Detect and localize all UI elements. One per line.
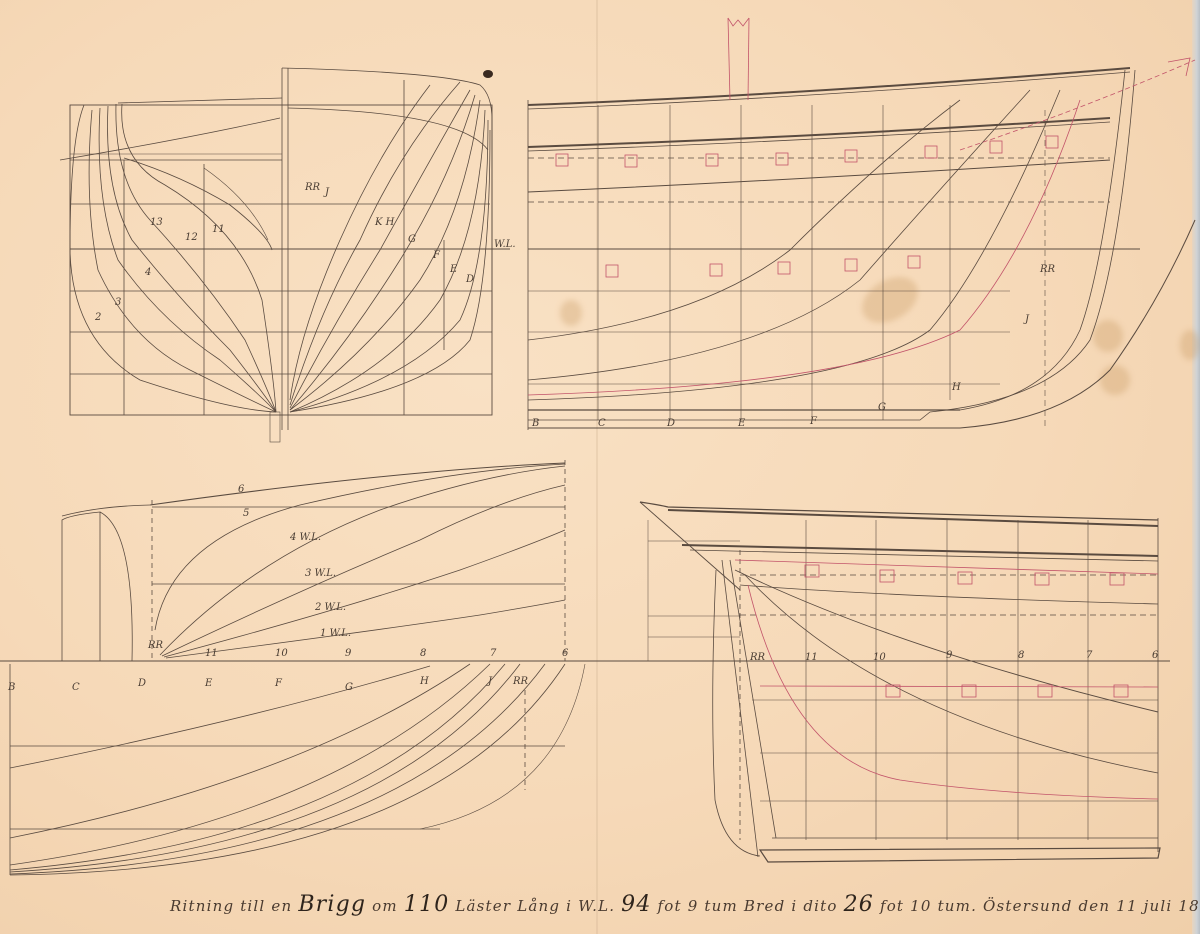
station-label: 6 xyxy=(562,648,569,659)
body-section-label: F xyxy=(432,250,441,261)
waterline-label: 2 W.L. xyxy=(314,602,346,613)
waterline-label: 5 xyxy=(243,508,249,519)
station-label: 11 xyxy=(805,652,818,663)
station-label: E xyxy=(737,418,746,429)
station-label: B xyxy=(7,682,15,693)
caption-tonnage: 110 xyxy=(404,892,450,917)
body-section-label: 3 xyxy=(115,297,121,308)
station-label: B xyxy=(531,418,539,429)
station-label: 7 xyxy=(1086,650,1093,661)
body-section-label: E xyxy=(449,264,458,275)
caption-length: 94 xyxy=(621,892,651,917)
station-label: 7 xyxy=(490,648,497,659)
station-label: 8 xyxy=(420,648,426,659)
waterline-label: 6 xyxy=(238,484,245,495)
station-label: C xyxy=(72,682,80,693)
station-label: H xyxy=(951,382,961,393)
body-section-label: 11 xyxy=(212,224,225,235)
stern-profile-red-lines xyxy=(735,560,1158,799)
caption-text: Läster Lång i W.L. xyxy=(455,897,615,915)
station-label: 9 xyxy=(345,648,352,659)
half-breadth-fore xyxy=(10,664,585,875)
plan-caption: Ritning till en Brigg om 110 Läster Lång… xyxy=(170,892,1190,917)
station-label: RR xyxy=(147,640,164,651)
station-label: 10 xyxy=(873,652,886,663)
caption-text: fot 9 tum Bred i dito xyxy=(658,897,838,915)
sheer-plan xyxy=(528,68,1195,430)
waterline-label: 3 W.L. xyxy=(305,568,336,579)
station-label: F xyxy=(809,416,818,427)
waterline-label: 1 W.L. xyxy=(320,628,351,639)
ship-plan-sheet: W.L. RR J K H G F E D 13 12 11 4 3 2 B C… xyxy=(0,0,1200,934)
body-section-label: J xyxy=(323,187,330,198)
body-section-label: D xyxy=(465,274,474,285)
station-label: J xyxy=(1023,314,1030,325)
station-label: RR xyxy=(749,652,766,663)
caption-ship-type: Brigg xyxy=(298,892,366,917)
station-label: F xyxy=(274,678,283,689)
station-label: RR xyxy=(1039,264,1056,275)
station-label: 10 xyxy=(275,648,288,659)
station-label: D xyxy=(666,418,675,429)
station-label: RR xyxy=(512,676,529,687)
body-plan xyxy=(60,68,510,442)
body-section-label: K H xyxy=(374,217,395,228)
station-label: 11 xyxy=(205,648,218,659)
station-label: H xyxy=(419,676,429,687)
lines-drawing: W.L. RR J K H G F E D 13 12 11 4 3 2 B C… xyxy=(0,0,1200,934)
waterline-label: 4 W.L. xyxy=(289,532,321,543)
caption-beam: 26 xyxy=(844,892,874,917)
station-label: J xyxy=(486,676,493,687)
body-section-label: 4 xyxy=(144,267,151,278)
body-section-label: 2 xyxy=(94,312,101,323)
half-breadth-aft xyxy=(0,460,600,661)
station-label: C xyxy=(598,418,606,429)
station-label: D xyxy=(137,678,146,689)
station-label: E xyxy=(204,678,213,689)
station-label: 6 xyxy=(1152,650,1159,661)
waterline-label: W.L. xyxy=(494,239,516,250)
station-label: 9 xyxy=(946,650,953,661)
station-label: 8 xyxy=(1018,650,1024,661)
body-section-label: RR xyxy=(304,182,321,193)
caption-place-date: Östersund den 11 juli 1851 xyxy=(983,897,1200,915)
stern-profile xyxy=(600,502,1170,862)
body-section-label: 13 xyxy=(150,217,163,228)
station-label: G xyxy=(878,402,886,413)
body-section-label: 12 xyxy=(185,232,198,243)
body-section-label: G xyxy=(408,234,416,245)
caption-text: fot 10 tum. xyxy=(880,897,977,915)
station-label: G xyxy=(345,682,353,693)
caption-title: Ritning till en xyxy=(170,897,292,915)
caption-text: om xyxy=(372,897,398,915)
